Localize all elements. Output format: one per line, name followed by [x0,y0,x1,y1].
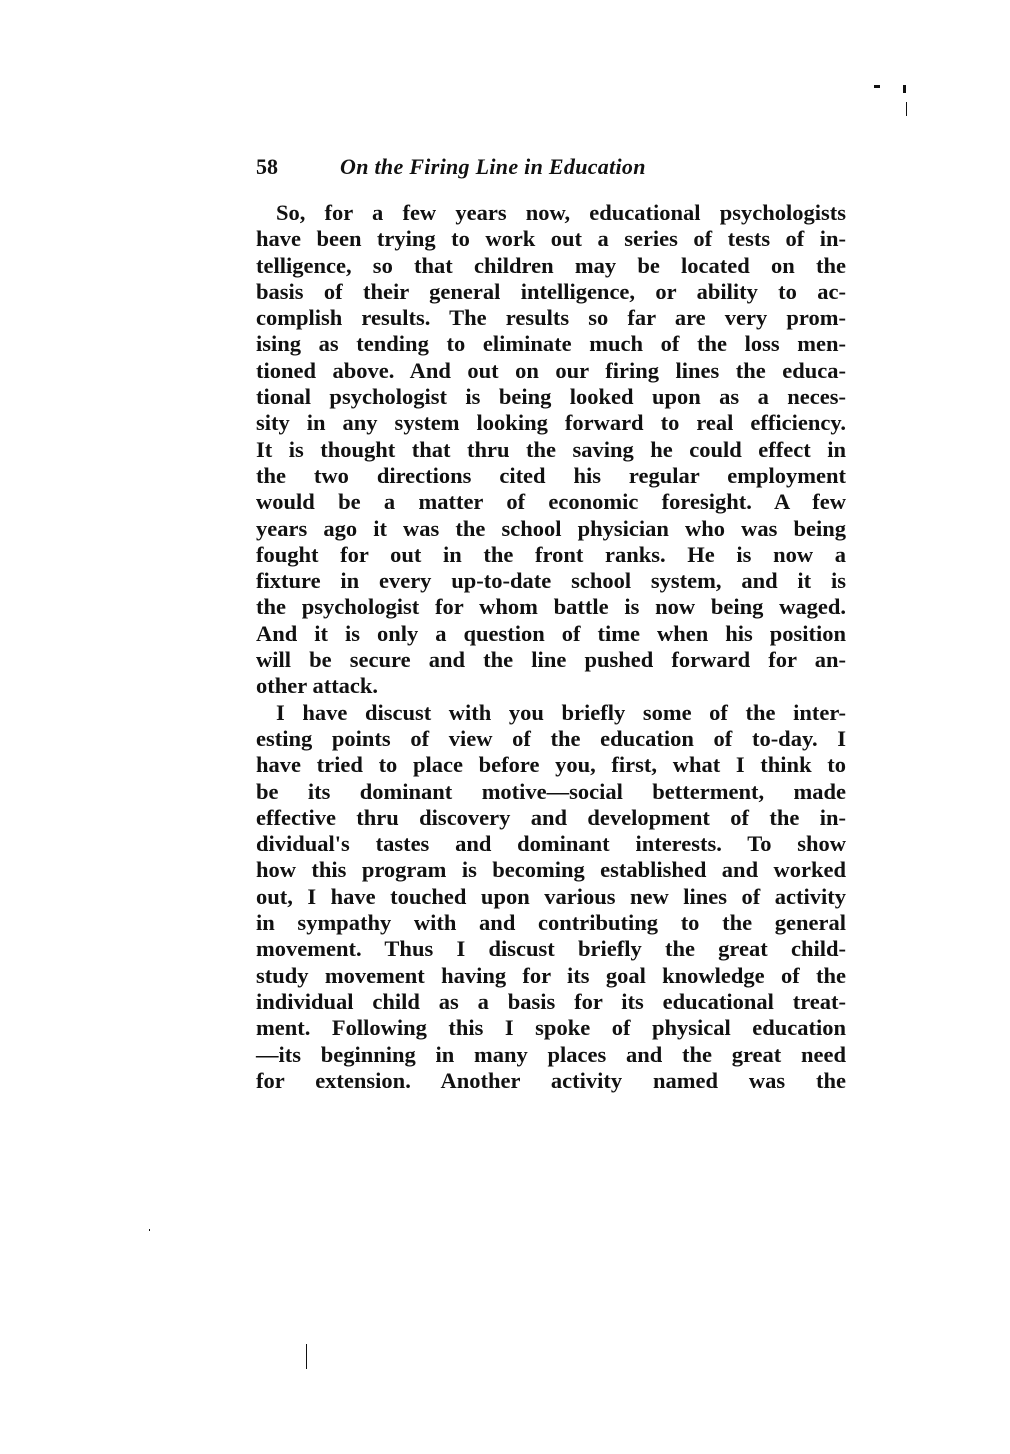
scan-artifact-bottom-bar [306,1344,307,1369]
text-line: study movement having for its goal knowl… [256,963,846,989]
text-line: how this program is becoming established… [256,857,846,883]
paragraph-1: So, for a few years now, educational psy… [256,200,846,700]
text-line: I have discust with you briefly some of … [256,700,846,726]
text-line: esting points of view of the education o… [256,726,846,752]
running-head: 58 On the Firing Line in Education [256,152,856,182]
text-line: movement. Thus I discust briefly the gre… [256,936,846,962]
text-line: would be a matter of economic foresight.… [256,489,846,515]
text-line: for extension. Another activity named wa… [256,1068,846,1094]
text-line: have tried to place before you, first, w… [256,752,846,778]
running-title: On the Firing Line in Education [340,152,646,182]
scan-artifact-dot [149,1229,150,1231]
text-line: individual child as a basis for its educ… [256,989,846,1015]
scan-artifact-top-bar-1 [903,85,906,93]
text-line: the psychologist for whom battle is now … [256,594,846,620]
text-line: telligence, so that children may be loca… [256,253,846,279]
text-line: will be secure and the line pushed forwa… [256,647,846,673]
text-line: other attack. [256,673,846,699]
text-line: sity in any system looking forward to re… [256,410,846,436]
text-line: the two directions cited his regular emp… [256,463,846,489]
text-line: be its dominant motive—social betterment… [256,779,846,805]
text-line: —its beginning in many places and the gr… [256,1042,846,1068]
text-line: fought for out in the front ranks. He is… [256,542,846,568]
scan-artifact-top-bar-2 [906,102,907,116]
text-line: So, for a few years now, educational psy… [256,200,846,226]
text-line: And it is only a question of time when h… [256,621,846,647]
text-line: effective thru discovery and development… [256,805,846,831]
text-line: It is thought that thru the saving he co… [256,437,846,463]
text-line: tional psychologist is being looked upon… [256,384,846,410]
scan-artifact-top-dash [874,85,880,88]
text-line: ment. Following this I spoke of physical… [256,1015,846,1041]
text-line: have been trying to work out a series of… [256,226,846,252]
text-line: in sympathy with and contributing to the… [256,910,846,936]
text-line: fixture in every up-to-date school syste… [256,568,846,594]
text-line: ising as tending to eliminate much of th… [256,331,846,357]
page-number: 58 [256,152,278,182]
text-line: complish results. The results so far are… [256,305,846,331]
text-line: years ago it was the school physician wh… [256,516,846,542]
text-line: dividual's tastes and dominant interests… [256,831,846,857]
text-line: out, I have touched upon various new lin… [256,884,846,910]
text-line: basis of their general intelligence, or … [256,279,846,305]
body-text: So, for a few years now, educational psy… [256,200,846,1094]
text-line: tioned above. And out on our firing line… [256,358,846,384]
paragraph-2: I have discust with you briefly some of … [256,700,846,1094]
